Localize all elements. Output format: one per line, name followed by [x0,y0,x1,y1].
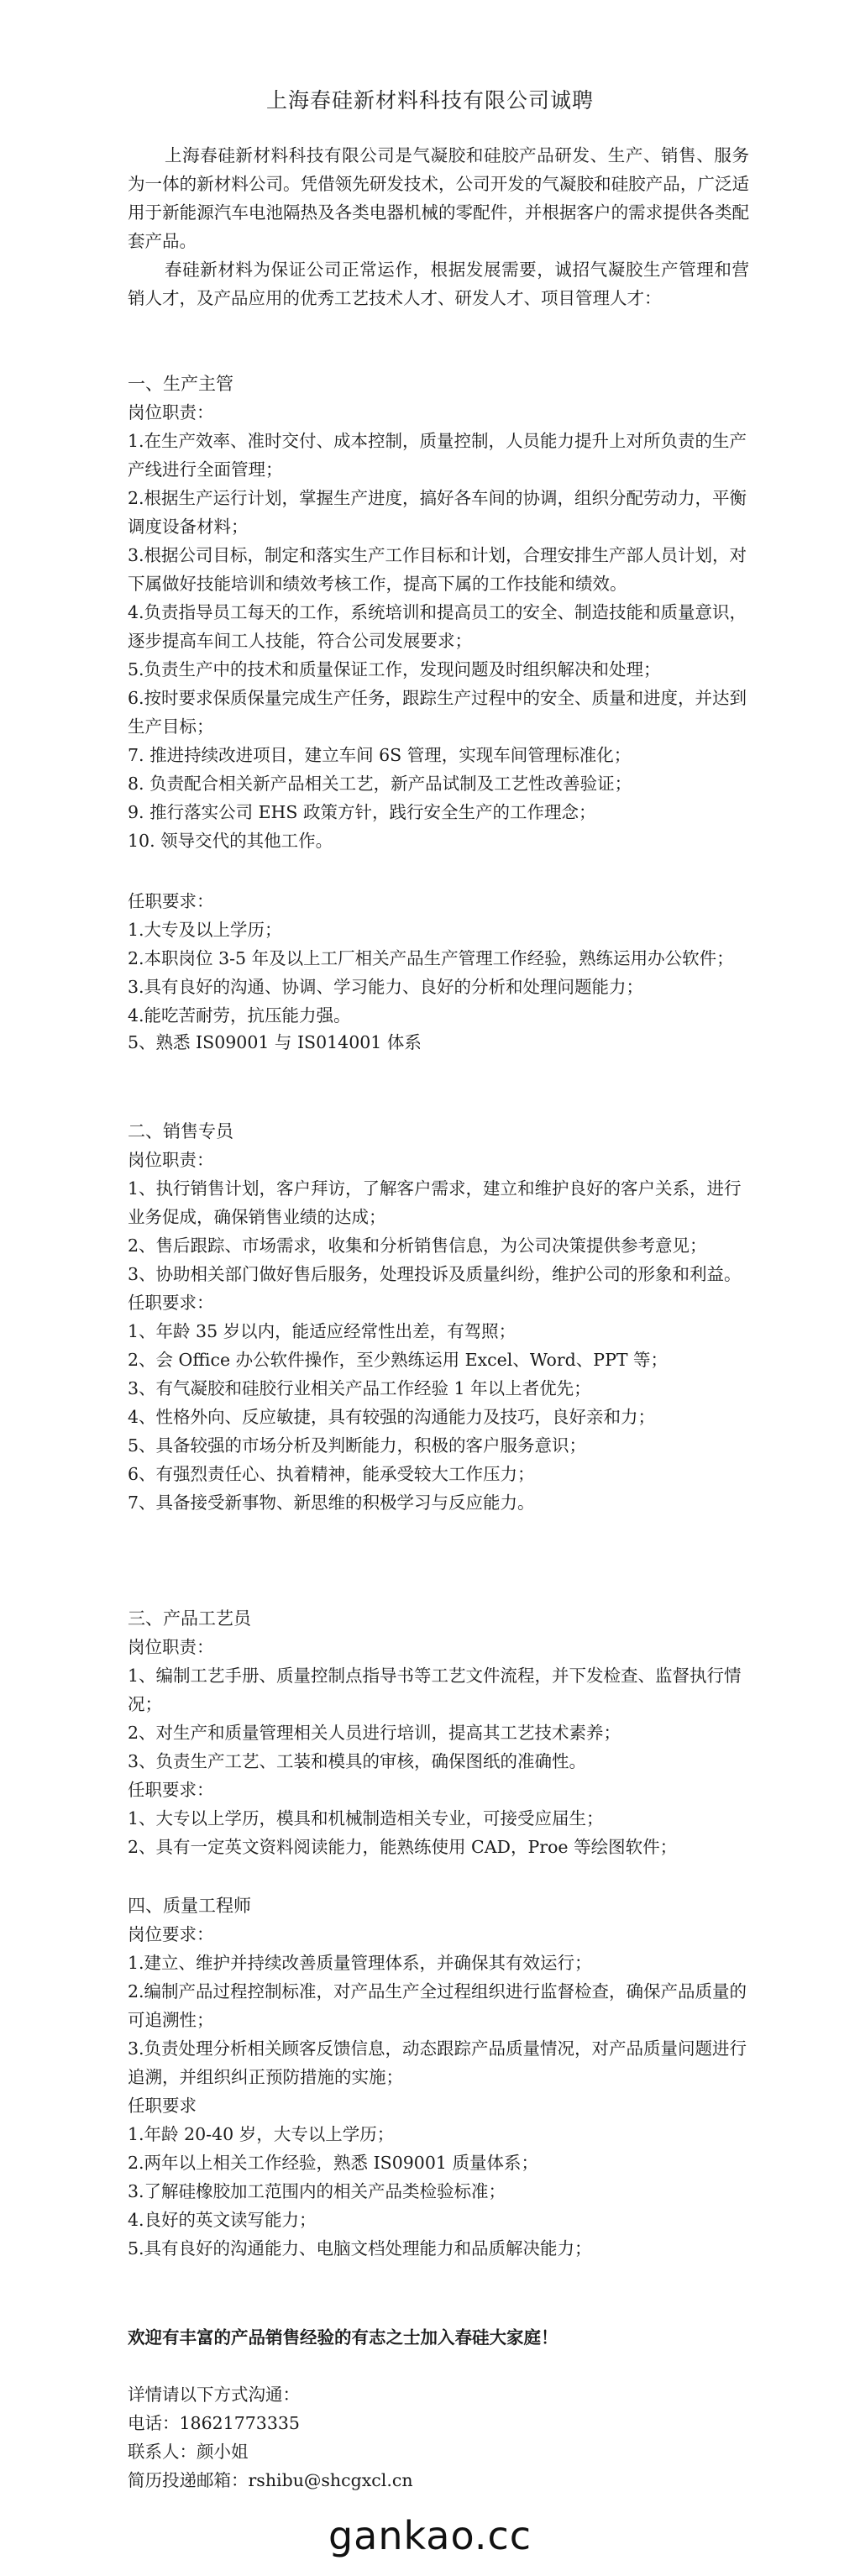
requirement-item: 1.大专及以上学历； [128,916,749,944]
requirement-item: 1、年龄 35 岁以内，能适应经常性出差，有驾照； [128,1317,749,1346]
duty-item: 3、负责生产工艺、工装和模具的审核，确保图纸的准确性。 [128,1747,749,1776]
intro-paragraph-1: 上海春硅新材料科技有限公司是气凝胶和硅胶产品研发、生产、销售、服务为一体的新材料… [128,141,749,255]
duty-item: 9. 推行落实公司 EHS 政策方针，践行安全生产的工作理念； [128,798,749,826]
contact-info: 详情请以下方式沟通： 电话：18621773335 联系人：颜小姐 简历投递邮箱… [128,2380,749,2495]
requirement-item: 4、性格外向、反应敏捷，具有较强的沟通能力及技巧，良好亲和力； [128,1403,749,1431]
phone-label: 电话： [128,2413,180,2433]
phone-number[interactable]: 18621773335 [180,2413,300,2433]
duty-label: 岗位职责： [128,1146,749,1174]
requirement-item: 4.能吃苦耐劳，抗压能力强。 [128,1001,749,1030]
intro-paragraph-2: 春硅新材料为保证公司正常运作，根据发展需要，诚招气凝胶生产管理和营销人才，及产品… [128,255,749,312]
requirement-item: 5、熟悉 IS09001 与 IS014001 体系 [128,1030,749,1055]
section-production-supervisor: 一、生产主管 岗位职责： 1.在生产效率、准时交付、成本控制，质量控制，人员能力… [128,370,749,855]
requirement-item: 2、具有一定英文资料阅读能力，能熟练使用 CAD，Proe 等绘图软件； [128,1833,749,1861]
page-title: 上海春硅新材料科技有限公司诚聘 [0,84,860,114]
section-heading: 四、质量工程师 [128,1891,749,1920]
contact-email: 简历投递邮箱：rshibu@shcgxcl.cn [128,2466,749,2495]
duty-item: 2.根据生产运行计划，掌握生产进度，搞好各车间的协调，组织分配劳动力，平衡调度设… [128,484,749,541]
section-heading: 一、生产主管 [128,370,749,398]
watermark: gankao.cc [0,2513,860,2558]
duty-item: 5.负责生产中的技术和质量保证工作，发现问题及时组织解决和处理； [128,655,749,684]
requirement-item: 7、具备接受新事物、新思维的积极学习与反应能力。 [128,1488,749,1517]
section-quality-engineer: 四、质量工程师 岗位要求： 1.建立、维护并持续改善质量管理体系，并确保其有效运… [128,1891,749,2263]
requirement-item: 5.具有良好的沟通能力、电脑文档处理能力和品质解决能力； [128,2234,749,2263]
duty-item: 6.按时要求保质保量完成生产任务，跟踪生产过程中的安全、质量和进度，并达到生产目… [128,684,749,741]
requirement-item: 5、具备较强的市场分析及判断能力，积极的客户服务意识； [128,1431,749,1460]
contact-intro: 详情请以下方式沟通： [128,2380,749,2409]
duty-item: 3.负责处理分析相关顾客反馈信息，动态跟踪产品质量情况，对产品质量问题进行追溯，… [128,2034,749,2091]
duty-item: 3.根据公司目标，制定和落实生产工作目标和计划，合理安排生产部人员计划，对下属做… [128,541,749,598]
duty-item: 1、编制工艺手册、质量控制点指导书等工艺文件流程，并下发检查、监督执行情况； [128,1661,749,1718]
intro: 上海春硅新材料科技有限公司是气凝胶和硅胶产品研发、生产、销售、服务为一体的新材料… [128,141,749,312]
requirement-item: 6、有强烈责任心、执着精神，能承受较大工作压力； [128,1460,749,1488]
person-label: 联系人： [128,2442,197,2462]
requirement-item: 2.两年以上相关工作经验，熟悉 IS09001 质量体系； [128,2148,749,2177]
requirement-label: 任职要求 [128,2091,749,2120]
section-sales-specialist: 二、销售专员 岗位职责： 1、执行销售计划，客户拜访，了解客户需求，建立和维护良… [128,1117,749,1517]
requirement-label: 任职要求： [128,1288,749,1317]
contact-person: 联系人：颜小姐 [128,2437,749,2466]
requirement-item: 3.了解硅橡胶加工范围内的相关产品类检验标准； [128,2177,749,2206]
section-process-technician: 三、产品工艺员 岗位职责： 1、编制工艺手册、质量控制点指导书等工艺文件流程，并… [128,1604,749,1861]
section-heading: 二、销售专员 [128,1117,749,1146]
duty-item: 1.建立、维护并持续改善质量管理体系，并确保其有效运行； [128,1949,749,1977]
email-label: 简历投递邮箱： [128,2470,249,2490]
requirement-item: 1、大专以上学历，模具和机械制造相关专业，可接受应届生； [128,1804,749,1833]
duty-label: 岗位职责： [128,398,749,427]
requirement-item: 2.本职岗位 3-5 年及以上工厂相关产品生产管理工作经验，熟练运用办公软件； [128,944,749,973]
duty-item: 4.负责指导员工每天的工作，系统培训和提高员工的安全、制造技能和质量意识，逐步提… [128,598,749,655]
duty-item: 1、执行销售计划，客户拜访，了解客户需求，建立和维护良好的客户关系，进行业务促成… [128,1174,749,1231]
duty-item: 2、售后跟踪、市场需求，收集和分析销售信息，为公司决策提供参考意见； [128,1231,749,1260]
requirement-label: 任职要求： [128,1776,749,1804]
duty-label: 岗位职责： [128,1633,749,1661]
duty-item: 10. 领导交代的其他工作。 [128,826,749,855]
email-address[interactable]: rshibu@shcgxcl.cn [249,2470,413,2490]
duty-item: 7. 推进持续改进项目，建立车间 6S 管理，实现车间管理标准化； [128,741,749,769]
contact-phone: 电话：18621773335 [128,2409,749,2437]
section-production-supervisor-requirements: 任职要求： 1.大专及以上学历； 2.本职岗位 3-5 年及以上工厂相关产品生产… [128,887,749,1055]
requirement-label: 任职要求： [128,887,749,916]
closing-invitation: 欢迎有丰富的产品销售经验的有志之士加入春硅大家庭！ [128,2323,749,2352]
requirement-item: 2、会 Office 办公软件操作，至少熟练运用 Excel、Word、PPT … [128,1346,749,1374]
requirement-item: 3.具有良好的沟通、协调、学习能力、良好的分析和处理问题能力； [128,973,749,1001]
duty-item: 2.编制产品过程控制标准，对产品生产全过程组织进行监督检查，确保产品质量的可追溯… [128,1977,749,2034]
duty-item: 3、协助相关部门做好售后服务，处理投诉及质量纠纷，维护公司的形象和利益。 [128,1260,749,1288]
requirement-item: 1.年龄 20-40 岁，大专以上学历； [128,2120,749,2148]
requirement-item: 4.良好的英文读写能力； [128,2206,749,2234]
duty-item: 8. 负责配合相关新产品相关工艺，新产品试制及工艺性改善验证； [128,769,749,798]
duty-item: 2、对生产和质量管理相关人员进行培训，提高其工艺技术素养； [128,1718,749,1747]
person-name: 颜小姐 [197,2442,249,2462]
duty-item: 1.在生产效率、准时交付、成本控制，质量控制，人员能力提升上对所负责的生产产线进… [128,427,749,484]
requirement-item: 3、有气凝胶和硅胶行业相关产品工作经验 1 年以上者优先； [128,1374,749,1403]
duty-label: 岗位要求： [128,1920,749,1949]
section-heading: 三、产品工艺员 [128,1604,749,1633]
